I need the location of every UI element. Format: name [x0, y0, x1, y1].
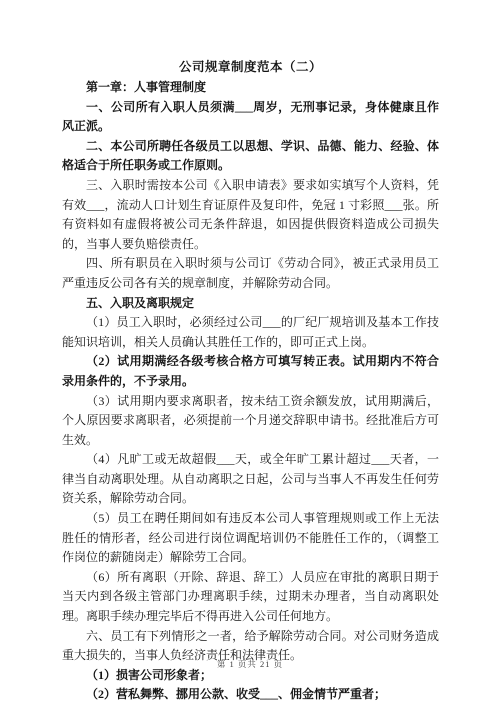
clause-1: 一、公司所有入职人员须满___周岁，无刑事记录，身体健康且作风正派。	[62, 98, 439, 137]
clause-4: 四、所有职员在入职时须与公司订《劳动合同》，被正式录用员工严重违反公司各有关的规…	[62, 254, 439, 293]
document-page: 公司规章制度范本（二） 第一章：人事管理制度 一、公司所有入职人员须满___周岁…	[0, 0, 500, 707]
clause-5-item-4: （4）凡旷工或无故超假___天，或全年旷工累计超过___天者，一律当自动离职处理…	[62, 450, 439, 509]
clause-3: 三、入职时需按本公司《入职申请表》要求如实填写个人资料，凭有效___，流动人口计…	[62, 176, 439, 254]
clause-2: 二、本公司所聘任各级员工以思想、学识、品德、能力、经验、体格适合于所任职务或工作…	[62, 137, 439, 176]
document-title: 公司规章制度范本（二）	[62, 57, 439, 78]
clause-5-item-5: （5）员工在聘任期间如有违反本公司人事管理规则或工作上无法胜任的情形者，经公司进…	[62, 509, 439, 568]
clause-5-item-1: （1）员工入职时，必须经过公司___的厂纪厂规培训及基本工作技能知识培训，相关人…	[62, 313, 439, 352]
chapter-heading: 第一章：人事管理制度	[62, 78, 439, 98]
clause-5-item-6: （6）所有离职（开除、辞退、辞工）人员应在审批的离职日期于当天内到各级主管部门办…	[62, 568, 439, 627]
clause-5-item-2: （2）试用期满经各级考核合格方可填写转正表。试用期内不符合录用条件的，不予录用。	[62, 352, 439, 391]
clause-6-item-2: （2）营私舞弊、挪用公款、收受___、佣金情节严重者；	[62, 685, 439, 705]
clause-5-heading: 五、入职及离职规定	[62, 294, 439, 314]
page-number: 第 1 页共 21 页	[0, 658, 500, 670]
clause-5-item-3: （3）试用期内要求离职者，按未结工资余额发放，试用期满后，个人原因要求离职者，必…	[62, 392, 439, 451]
